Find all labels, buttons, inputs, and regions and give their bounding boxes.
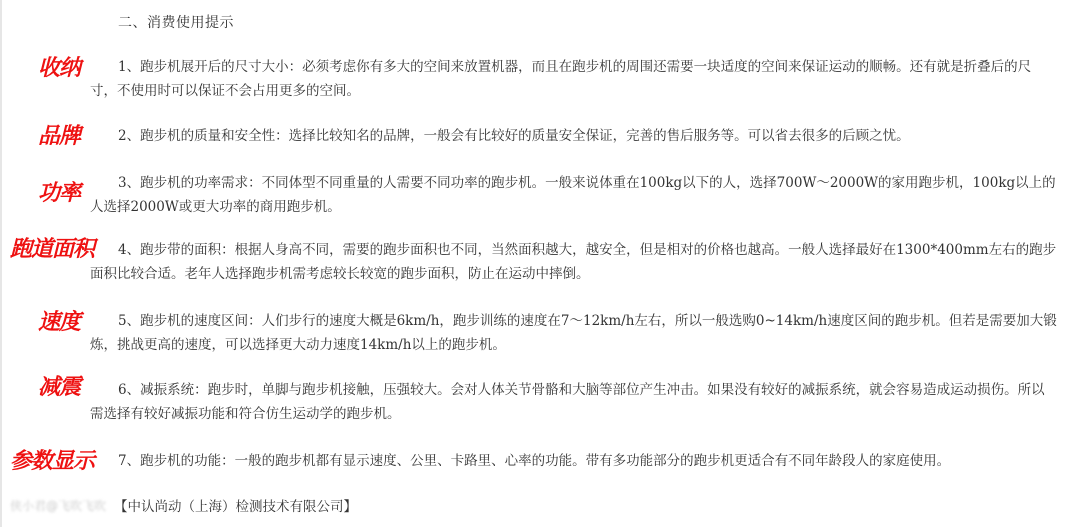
label-speed: 速度 bbox=[38, 312, 80, 334]
paragraph-speed: 5、跑步机的速度区间：人们步行的速度大概是6km/h，跑步训练的速度在7～12k… bbox=[90, 309, 1058, 357]
page-left-border bbox=[0, 0, 2, 527]
label-storage: 收纳 bbox=[38, 58, 80, 80]
watermark: 侠小君@飞吹飞吹 bbox=[10, 497, 106, 514]
paragraph-size: 1、跑步机展开后的尺寸大小：必须考虑你有多大的空间来放置机器，而且在跑步机的周围… bbox=[90, 55, 1058, 103]
label-display: 参数显示 bbox=[10, 451, 94, 473]
paragraph-belt-area: 4、跑步带的面积：根据人身高不同，需要的跑步面积也不同，当然面积越大，越安全，但… bbox=[90, 238, 1058, 286]
label-brand: 品牌 bbox=[38, 126, 80, 148]
paragraph-display: 7、跑步机的功能：一般的跑步机都有显示速度、公里、卡路里、心率的功能。带有多功能… bbox=[90, 449, 1058, 473]
footer: 侠小君@飞吹飞吹 【中认尚动（上海）检测技术有限公司】 bbox=[10, 495, 357, 515]
label-power: 功率 bbox=[38, 183, 80, 205]
label-shock-absorption: 减震 bbox=[38, 377, 80, 399]
label-belt-area: 跑道面积 bbox=[10, 239, 94, 261]
section-title: 二、消费使用提示 bbox=[118, 12, 234, 32]
paragraph-shock-absorption: 6、减振系统：跑步时，单脚与跑步机接触，压强较大。会对人体关节骨骼和大脑等部位产… bbox=[90, 378, 1058, 426]
company-name: 【中认尚动（上海）检测技术有限公司】 bbox=[114, 495, 357, 515]
paragraph-quality: 2、跑步机的质量和安全性：选择比较知名的品牌，一般会有比较好的质量安全保证，完善… bbox=[90, 124, 1058, 148]
paragraph-power: 3、跑步机的功率需求：不同体型不同重量的人需要不同功率的跑步机。一般来说体重在1… bbox=[90, 171, 1058, 219]
